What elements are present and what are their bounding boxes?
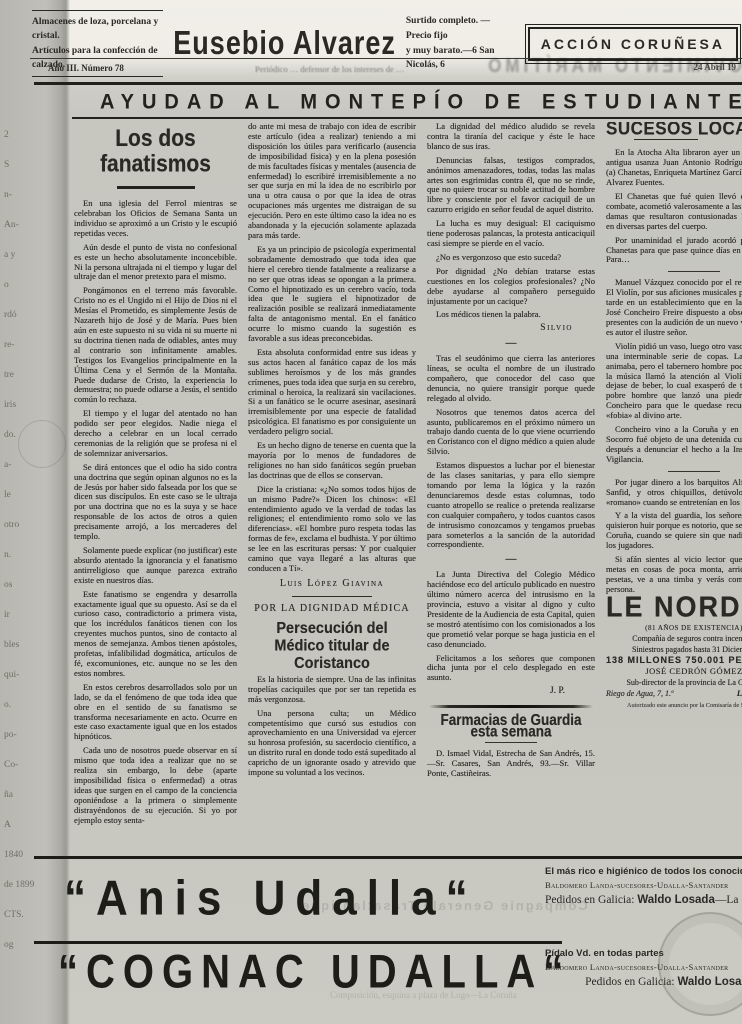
article-paragraph: En la Atocha Alta libraron ayer un torne… (606, 148, 742, 188)
article-heading-persecucion-medico: Persecución del Médico titular de Corist… (250, 620, 414, 674)
article-paragraph: En estos cerebros desarrollados solo por… (74, 683, 237, 742)
le-nord-ad: LE NORD FUNDADA el año (81 AÑOS DE EXIST… (606, 603, 742, 711)
divider-rule (634, 139, 698, 141)
divider-rule (72, 117, 742, 119)
masthead-left-line1: Almacenes de loza, porcelana y cristal. (32, 15, 163, 44)
divider-rule (668, 471, 720, 472)
article-paragraph: La dignidad del médico aludido se revela… (427, 122, 595, 152)
ornamental-divider (429, 705, 593, 708)
issue-number: Año III. Número 78 (48, 63, 124, 73)
ink-bleed-ghost-text: Composición, esquina a plaza de Lugo—La … (330, 990, 517, 1000)
faint-stamp-right (658, 912, 742, 1016)
ink-bleed-ghost-text: MOVIMIENTO MARÍTIMO (240, 55, 742, 78)
article-paragraph: Violín pidió un vaso, luego otro vaso, y… (606, 342, 742, 421)
le-nord-title: LE NORD (606, 602, 742, 612)
dash-divider: — (427, 555, 595, 565)
divider-rule (485, 742, 537, 743)
adjacent-page-fragments: 2 S n- An- a y o rdó re- tre iris do. a-… (4, 120, 62, 960)
article-paragraph: do ante mi mesa de trabajo con idea de e… (248, 122, 416, 241)
article-byline: Luis López Giavina (248, 579, 416, 589)
divider-rule (668, 271, 720, 272)
article-paragraph: ¿No es vergonzoso que esto suceda? (427, 253, 595, 263)
column-4: SUCESOS LOCALES En la Atocha Alta librar… (606, 122, 742, 854)
article-paragraph: Este fanatismo se engendra y desarrolla … (74, 590, 237, 679)
le-nord-city: LA CORUÑA (737, 689, 742, 699)
column-1: Los dos fanatismos En una iglesia del Fe… (74, 122, 237, 854)
anis-orders-name: Waldo Losada (637, 894, 715, 906)
masthead-right-line1: Surtido completo. — Precio fijo (406, 14, 518, 43)
le-nord-years: (81 AÑOS DE EXISTENCIA) (606, 624, 742, 634)
sucesos-locales-heading: SUCESOS LOCALES (606, 124, 742, 135)
divider-rule (117, 186, 195, 189)
anis-slogan: El más rico e higiénico de todos los con… (545, 866, 742, 877)
article-paragraph: Por unaminidad el jurado acordó proponer… (606, 236, 742, 266)
column-area: Los dos fanatismos En una iglesia del Fe… (74, 122, 742, 854)
article-paragraph: Nosotros que tenemos datos acerca del as… (427, 408, 595, 458)
le-nord-address: Riego de Agua, 7, 1.º (606, 689, 673, 699)
le-nord-line: Siniestros pagados hasta 31 Diciembre (606, 645, 742, 655)
article-paragraph: Si afán sientes al vicio lector querido,… (606, 555, 742, 595)
article-paragraph: Cada uno de nosotros puede observar en s… (74, 746, 237, 825)
article-paragraph: Tras el seudónimo que cierra las anterio… (427, 354, 595, 404)
article-paragraph: El tiempo y el lugar del atentado no han… (74, 409, 237, 459)
article-paragraph: La Junta Directiva del Colegio Médico ha… (427, 570, 595, 649)
anis-udalla-ad-details: El más rico e higiénico de todos los con… (545, 866, 742, 906)
article-paragraph: Manuel Vázquez conocido por el remoquete… (606, 278, 742, 337)
article-paragraph: Es ya un principio de psicología experim… (248, 245, 416, 344)
article-paragraph: Y a la vista del guardia, los señores ch… (606, 511, 742, 551)
section-label-dignidad-medica: POR LA DIGNIDAD MÉDICA (248, 604, 416, 614)
article-paragraph: Dice la cristiana: «¿No somos todos hijo… (248, 485, 416, 574)
le-nord-director: JOSÉ CEDRÓN GÓMEZ (606, 667, 742, 677)
newspaper-page: 2 S n- An- a y o rdó re- tre iris do. a-… (0, 0, 742, 1024)
article-paragraph: Es la historia de siempre. Una de las in… (248, 675, 416, 705)
article-paragraph: Concheiro vino a la Coruña y en la Casa … (606, 425, 742, 465)
le-nord-legal: Autorizado este anuncio por la Comisaría… (606, 701, 742, 711)
article-paragraph: Pongámonos en el terreno más favorable. … (74, 286, 237, 405)
faint-stamp-left (18, 420, 66, 468)
article-paragraph: Solamente puede explicar (no justificar)… (74, 546, 237, 586)
article-paragraph: Es un hecho digno de tenerse en cuenta q… (248, 441, 416, 481)
article-paragraph: Se dirá entonces que el odio ha sido con… (74, 463, 237, 542)
anis-orders-prefix: Pedidos en Galicia: (545, 894, 637, 906)
pharmacies-paragraph: D. Ismael Vidal, Estrecha de San Andrés,… (427, 749, 595, 779)
article-paragraph: El Chanetas que fué quien llevó el peso … (606, 192, 742, 232)
divider-rule (34, 82, 742, 85)
article-paragraph: Aún desde el punto de vista no confesion… (74, 243, 237, 283)
anis-orders: Pedidos en Galicia: Waldo Losada—La Coru… (545, 894, 742, 906)
article-paragraph: Estamos dispuestos a luchar por el biene… (427, 461, 595, 550)
dash-divider: — (427, 339, 595, 349)
article-paragraph: En una iglesia del Ferrol mientras se ce… (74, 199, 237, 239)
le-nord-line: Compañía de seguros contra incendios (606, 634, 742, 644)
divider-rule (292, 596, 372, 598)
divider-rule (34, 856, 742, 859)
article-paragraph: Por jugar dinero a los barquitos Alfonso… (606, 478, 742, 508)
anis-udalla-ad-title: “Anis Udalla“ (64, 871, 478, 927)
le-nord-amount: 138 MILLONES 750.001 PESETAS 83 (606, 656, 742, 666)
anis-maker: Baldomero Landa-sucesores-Udalla-Santand… (545, 880, 742, 890)
article-paragraph: Por dignidad ¿No debían tratarse estas c… (427, 267, 595, 307)
article-paragraph: Denuncias falsas, testigos comprados, an… (427, 156, 595, 215)
column-2: do ante mi mesa de trabajo con idea de e… (248, 122, 416, 854)
divider-rule (34, 941, 562, 944)
torn-edge-strip: 2 S n- An- a y o rdó re- tre iris do. a-… (0, 0, 70, 1024)
article-signature: J. P. (427, 687, 595, 697)
pharmacies-heading: Farmacias de Guardia esta semana (427, 715, 595, 738)
column-3: La dignidad del médico aludido se revela… (427, 122, 595, 854)
article-heading-los-dos-fanatismos: Los dos fanatismos (74, 127, 237, 178)
article-paragraph: Felicitamos a los señores que componen d… (427, 654, 595, 684)
article-paragraph: Los médicos tienen la palabra. (427, 310, 595, 320)
article-paragraph: Una persona culta; un Médico competentís… (248, 709, 416, 778)
le-nord-title-row: LE NORD FUNDADA el año (606, 603, 742, 623)
article-signature: Silvio (427, 324, 595, 334)
article-paragraph: Esta absoluta conformidad entre sus idea… (248, 348, 416, 437)
anis-orders-suffix: —La Coruña (715, 894, 742, 906)
le-nord-subdirector: Sub-director de la provincia de La Coruñ… (606, 678, 742, 688)
le-nord-address-row: Riego de Agua, 7, 1.º LA CORUÑA (606, 689, 742, 699)
article-paragraph: La lucha es muy desigual: El caciquismo … (427, 219, 595, 249)
banner-headline: AYUDAD AL MONTEPÍO DE ESTUDIANTES POBRES (100, 90, 742, 114)
